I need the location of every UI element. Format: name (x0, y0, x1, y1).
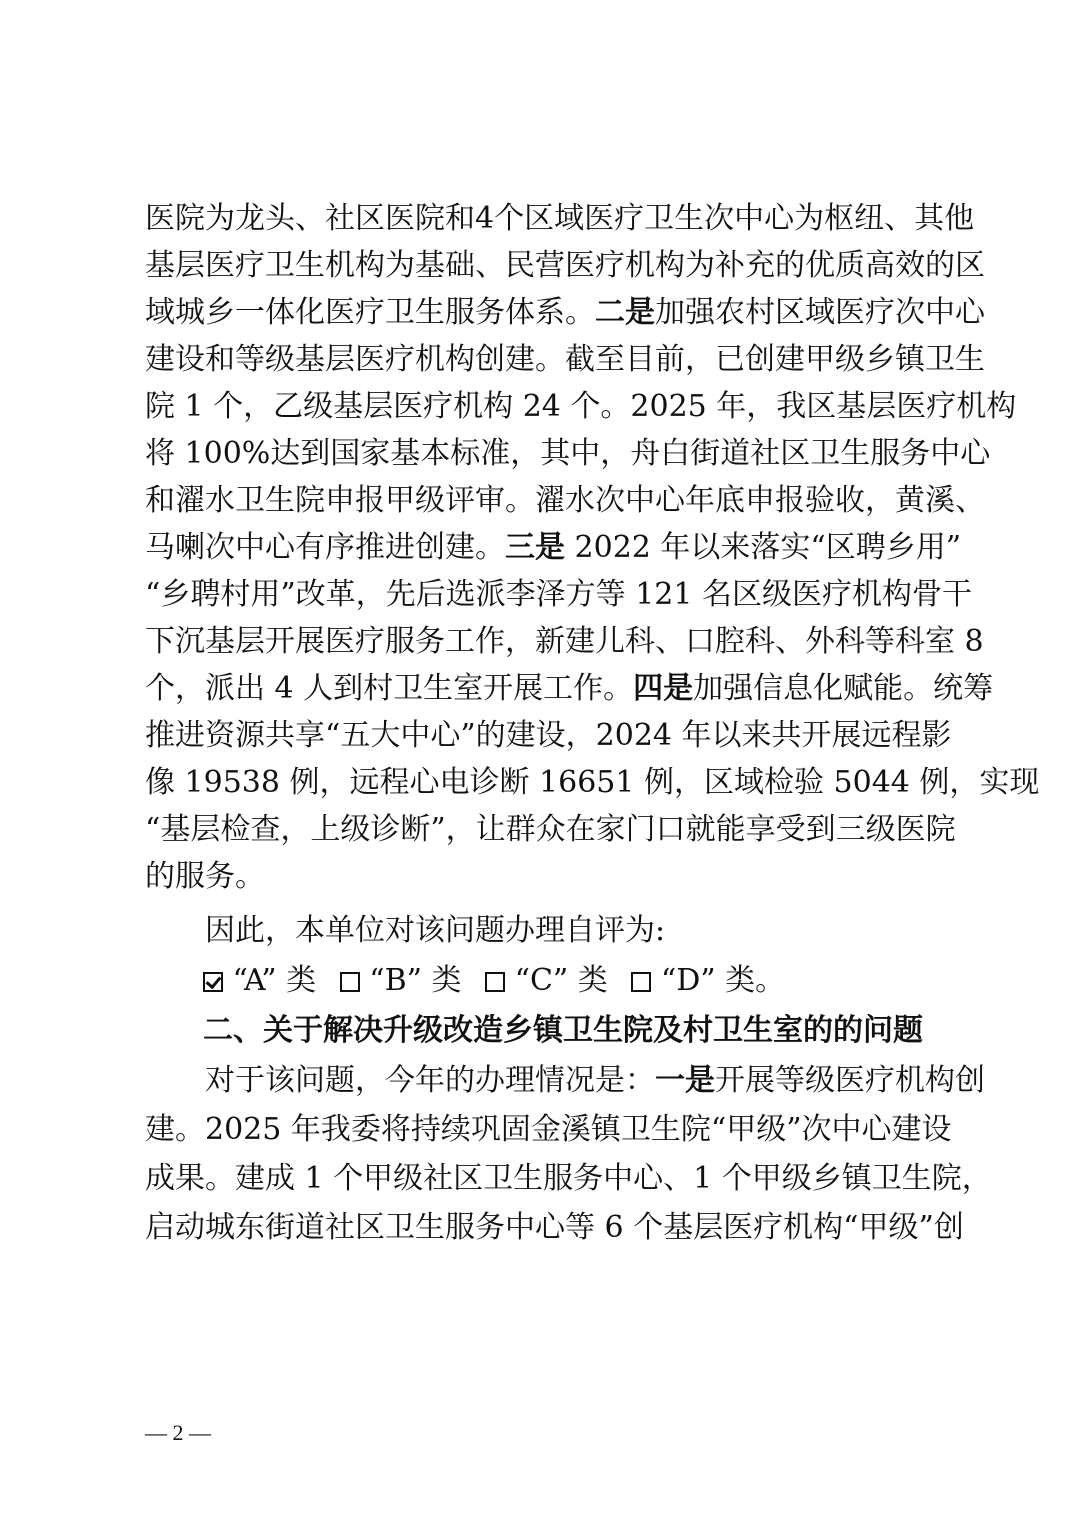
paragraph-line: 对于该问题，今年的办理情况是：一是开展等级医疗机构创 (145, 1057, 941, 1104)
bold-keyword: 二是 (595, 295, 655, 330)
text-span: 开展等级医疗机构创 (715, 1063, 985, 1098)
paragraph-line: “乡聘村用”改革，先后选派李泽方等 121 名区级医疗机构骨干 (145, 571, 941, 618)
paragraph-line: 建设和等级基层医疗机构创建。截至目前，已创建甲级乡镇卫生 (145, 336, 941, 383)
rating-label: “C” 类 (515, 963, 608, 998)
checkbox-empty-icon[interactable] (340, 972, 360, 992)
rating-label: “D” 类。 (661, 963, 785, 998)
paragraph-line: 院 1 个，乙级基层医疗机构 24 个。2025 年，我区基层医疗机构 (145, 383, 941, 430)
self-evaluation-intro: 因此，本单位对该问题办理自评为: (145, 907, 665, 954)
paragraph-line: 和濯水卫生院申报甲级评审。濯水次中心年底申报验收，黄溪、 (145, 477, 941, 524)
paragraph-line: 马喇次中心有序推进创建。三是 2022 年以来落实“区聘乡用” (145, 524, 941, 571)
paragraph-line: 的服务。 (145, 853, 265, 900)
text-span: 2022 年以来落实“区聘乡用” (565, 530, 961, 565)
rating-option-c[interactable]: “C” 类 (485, 963, 617, 998)
paragraph-line: 下沉基层开展医疗服务工作，新建儿科、口腔科、外科等科室 8 (145, 618, 941, 665)
checkbox-empty-icon[interactable] (485, 972, 505, 992)
checkbox-empty-icon[interactable] (631, 972, 651, 992)
paragraph-line: 推进资源共享“五大中心”的建设，2024 年以来共开展远程影 (145, 712, 941, 759)
text-span: 加强农村区域医疗次中心 (655, 295, 985, 330)
text-span: 个，派出 4 人到村卫生室开展工作。 (145, 671, 633, 706)
text-span: 马喇次中心有序推进创建。 (145, 530, 505, 565)
bold-keyword: 四是 (633, 671, 693, 706)
checkbox-checked-icon[interactable] (203, 972, 223, 992)
bold-keyword: 三是 (505, 530, 565, 565)
rating-option-b[interactable]: “B” 类 (340, 963, 471, 998)
paragraph-line: 成果。建成 1 个甲级社区卫生服务中心、1 个甲级乡镇卫生院， (145, 1155, 941, 1202)
paragraph-line: 个，派出 4 人到村卫生室开展工作。四是加强信息化赋能。统筹 (145, 665, 941, 712)
text-span: 对于该问题，今年的办理情况是： (205, 1063, 655, 1098)
rating-label: “A” 类 (233, 963, 317, 998)
paragraph-line: 建。2025 年我委将持续巩固金溪镇卫生院“甲级”次中心建设 (145, 1106, 941, 1153)
paragraph-line: 启动城东街道社区卫生服务中心等 6 个基层医疗机构“甲级”创 (145, 1204, 941, 1251)
paragraph-line: 医院为龙头、社区医院和4个区域医疗卫生次中心为枢纽、其他 (145, 195, 941, 242)
section-heading: 二、关于解决升级改造乡镇卫生院及村卫生室的的问题 (145, 1007, 923, 1054)
text-span: 加强信息化赋能。统筹 (693, 671, 993, 706)
bold-keyword: 一是 (655, 1063, 715, 1098)
rating-options: “A” 类 “B” 类 “C” 类 “D” 类。 (145, 957, 799, 1004)
rating-option-a[interactable]: “A” 类 (203, 963, 326, 998)
rating-option-d[interactable]: “D” 类。 (631, 963, 785, 998)
text-span: 域城乡一体化医疗卫生服务体系。 (145, 295, 595, 330)
paragraph-line: 将 100%达到国家基本标准，其中，舟白街道社区卫生服务中心 (145, 430, 941, 477)
paragraph-line: 基层医疗卫生机构为基础、民营医疗机构为补充的优质高效的区 (145, 242, 941, 289)
paragraph-line: 域城乡一体化医疗卫生服务体系。二是加强农村区域医疗次中心 (145, 289, 941, 336)
page-number: — 2 — (145, 1418, 211, 1448)
paragraph-line: 像 19538 例，远程心电诊断 16651 例，区域检验 5044 例，实现 (145, 759, 941, 806)
paragraph-line: “基层检查，上级诊断”，让群众在家门口就能享受到三级医院 (145, 806, 941, 853)
rating-label: “B” 类 (369, 963, 461, 998)
